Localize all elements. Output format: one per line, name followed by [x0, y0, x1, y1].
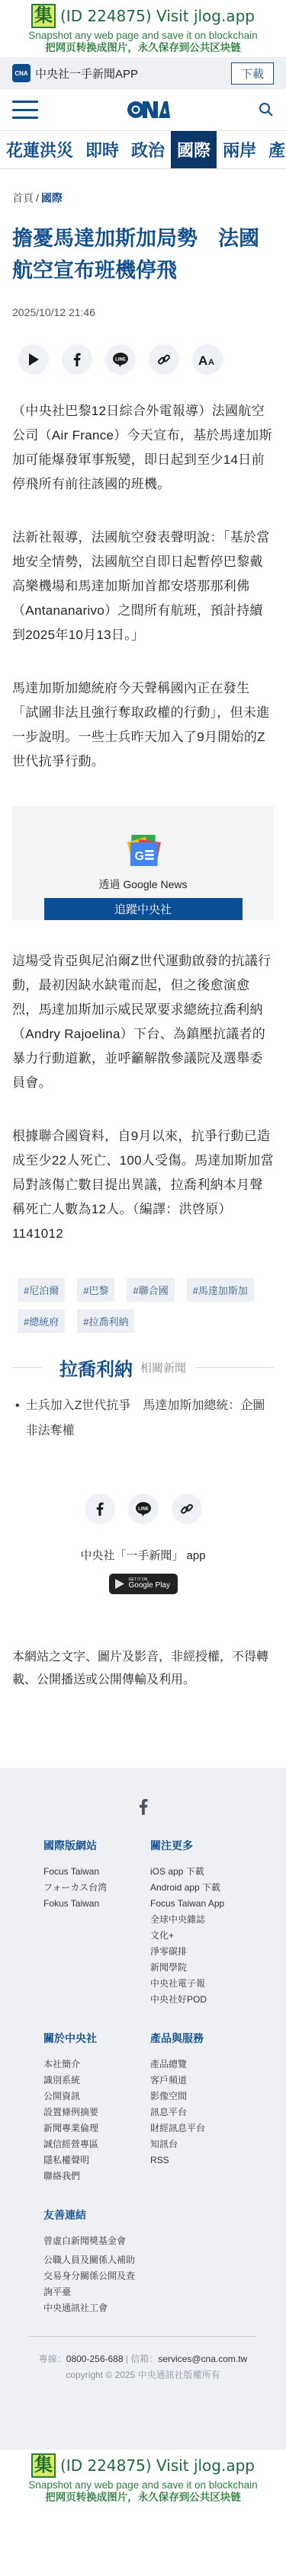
google-news-text: 透過 Google News	[99, 877, 188, 892]
play-audio-button[interactable]	[18, 344, 49, 375]
svg-text:A: A	[208, 358, 214, 366]
tag[interactable]: #馬達加斯加	[187, 1278, 254, 1302]
article-paragraph: 馬達加斯加總統府今天聲稱國內正在發生「試圖非法且強行奪取政權的行動」，但未進一步…	[12, 676, 274, 774]
google-play-icon	[115, 1579, 124, 1589]
link-icon	[157, 353, 171, 366]
footer-section-title: 關注更多	[150, 1838, 257, 1853]
footer-section-about: 關於中央社 本社簡介 識別系統 公開資訊 設置條例摘要 新聞專業倫理 誠信經營專…	[43, 2031, 150, 2184]
footer-link[interactable]: 識別系統	[43, 2073, 150, 2089]
copy-link-button[interactable]	[149, 344, 179, 375]
related-news-header: 拉喬利納 相關新聞	[12, 1354, 274, 1381]
footer-copyright: copyright © 2025 中央通訊社版權所有	[0, 2368, 286, 2381]
footer-section-title: 友善連結	[43, 2207, 286, 2223]
tag[interactable]: #巴黎	[77, 1278, 114, 1302]
tag[interactable]: #總統府	[18, 1309, 65, 1333]
jlog-watermark-bottom: 集 (ID 224875) Visit jlog.app Snapshot an…	[0, 2450, 286, 2507]
font-size-button[interactable]: AA	[192, 344, 223, 375]
footer-link[interactable]: Fokus Taiwan	[43, 1896, 150, 1912]
cna-app-logo: CNA	[12, 64, 31, 82]
footer-link[interactable]: 產品總覽	[150, 2057, 257, 2073]
bottom-share-toolbar: LINE	[12, 1494, 274, 1524]
footer-section-products: 產品與服務 產品總覽 客戶頻道 影像空間 訊息平台 財經訊息平台 知訊台 RSS	[150, 2031, 257, 2184]
footer-link[interactable]: 財經訊息平台	[150, 2121, 257, 2137]
jlog-line-en: Snapshot any web page and save it on blo…	[0, 30, 286, 42]
footer-link[interactable]: 中央通訊社工會	[43, 2300, 286, 2316]
link-icon	[180, 1502, 194, 1516]
font-size-icon: AA	[198, 353, 217, 366]
footer-link[interactable]: 中央社好POD	[150, 1992, 257, 2008]
tag-list: #尼泊爾 #巴黎 #聯合國 #馬達加斯加 #總統府 #拉喬利納	[12, 1278, 274, 1333]
related-label: 相關新聞	[140, 1360, 186, 1376]
related-news-list: •士兵加入Z世代抗爭 馬達加斯加總統：企圖非法奪權	[12, 1393, 274, 1443]
app-download-bar: CNA 中央社一手新聞APP 下載	[0, 57, 286, 89]
footer-link[interactable]: 本社簡介	[43, 2057, 150, 2073]
svg-text:G: G	[134, 850, 143, 863]
menu-icon[interactable]	[12, 101, 38, 119]
divider	[12, 1367, 43, 1368]
jlog-badge: 集	[31, 2453, 56, 2478]
cna-logo[interactable]	[127, 100, 170, 120]
footer-facebook-link[interactable]	[0, 1798, 286, 1815]
facebook-icon	[96, 1502, 104, 1516]
nav-item-cross-strait[interactable]: 兩岸	[217, 131, 262, 168]
footer-link[interactable]: 全球中央雜誌	[150, 1912, 257, 1928]
google-news-icon: G	[114, 835, 172, 866]
site-footer: 國際版網站 Focus Taiwan フォーカス台湾 Fokus Taiwan …	[0, 1768, 286, 2450]
footer-contact: 專線：0800-256-688 | 信箱：services@cna.com.tw	[0, 2352, 286, 2365]
jlog-line-en: Snapshot any web page and save it on blo…	[0, 2479, 286, 2491]
footer-link-grid: 國際版網站 Focus Taiwan フォーカス台湾 Fokus Taiwan …	[0, 1838, 286, 2207]
tag[interactable]: #尼泊爾	[18, 1278, 65, 1302]
article-paragraph: 法新社報導，法國航空發表聲明說：「基於當地安全情勢，法國航空自即日起暫停巴黎戴高…	[12, 526, 274, 647]
svg-text:LINE: LINE	[115, 357, 126, 362]
app-bar-text: 中央社一手新聞APP	[35, 66, 231, 81]
breadcrumb-home[interactable]: 首頁	[12, 192, 34, 204]
footer-link[interactable]: 淨零碳排	[150, 1944, 257, 1960]
jlog-line-cn: 把网页转换成图片，永久保存到公共区块链	[0, 2491, 286, 2504]
share-toolbar: LINE AA	[12, 344, 274, 375]
related-news-item[interactable]: •士兵加入Z世代抗爭 馬達加斯加總統：企圖非法奪權	[15, 1393, 274, 1443]
jlog-line-cn: 把网页转换成图片，永久保存到公共区块链	[0, 42, 286, 54]
facebook-icon	[73, 353, 81, 366]
footer-section-title: 關於中央社	[43, 2031, 150, 2046]
footer-link[interactable]: 隱私權聲明	[43, 2153, 150, 2169]
follow-cna-button[interactable]: 追蹤中央社	[44, 898, 243, 920]
breadcrumb-separator: /	[36, 192, 39, 204]
footer-link[interactable]: 新聞學院	[150, 1960, 257, 1976]
footer-link[interactable]: 訊息平台	[150, 2105, 257, 2121]
line-icon: LINE	[136, 1502, 151, 1517]
footer-link[interactable]: Android app 下載	[150, 1880, 257, 1896]
download-button[interactable]: 下載	[231, 62, 274, 85]
footer-section-title: 國際版網站	[43, 1838, 150, 1853]
article-datetime: 2025/10/12 21:46	[12, 306, 274, 318]
footer-link[interactable]: 客戶頻道	[150, 2073, 257, 2089]
play-icon	[28, 353, 39, 366]
gplay-big-text: Google Play	[129, 1582, 170, 1590]
google-news-follow-box: G 透過 Google News 追蹤中央社	[12, 806, 274, 920]
article-content: 首頁/國際 擔憂馬達加斯加局勢 法國航空宣布班機停飛 2025/10/12 21…	[0, 190, 286, 1692]
footer-divider	[29, 2336, 257, 2337]
nav-item-hualien-flood[interactable]: 花蓮洪災	[0, 131, 79, 168]
breadcrumb: 首頁/國際	[12, 190, 274, 206]
footer-link[interactable]: 文化+	[150, 1928, 257, 1944]
tag[interactable]: #聯合國	[127, 1278, 174, 1302]
google-play-button[interactable]: GET IT ON Google Play	[109, 1574, 178, 1594]
related-keyword: 拉喬利納	[59, 1354, 133, 1381]
main-header	[0, 89, 286, 131]
jlog-id-text: (ID 224875) Visit jlog.app	[60, 7, 255, 25]
facebook-share-button[interactable]	[62, 344, 92, 375]
footer-link[interactable]: Focus Taiwan	[43, 1864, 150, 1880]
line-share-button[interactable]: LINE	[128, 1494, 159, 1524]
footer-section-international: 國際版網站 Focus Taiwan フォーカス台湾 Fokus Taiwan	[43, 1838, 150, 2008]
footer-link[interactable]: RSS	[150, 2153, 257, 2169]
article-paragraph: 根據聯合國資料，自9月以來，抗爭行動已造成至少22人死亡、100人受傷。馬達加斯…	[12, 1124, 274, 1246]
breadcrumb-current[interactable]: 國際	[41, 192, 63, 204]
footer-link[interactable]: 影像空間	[150, 2089, 257, 2105]
divider	[195, 1367, 274, 1368]
article-title: 擔憂馬達加斯加局勢 法國航空宣布班機停飛	[12, 222, 274, 286]
nav-item-economy[interactable]: 產經	[262, 131, 286, 168]
footer-section-title: 產品與服務	[150, 2031, 257, 2046]
contact-separator: |	[124, 2354, 131, 2364]
copy-link-button[interactable]	[172, 1494, 202, 1524]
nav-item-realtime[interactable]: 即時	[79, 131, 125, 168]
svg-text:A: A	[198, 353, 207, 366]
footer-link[interactable]: Focus Taiwan App	[150, 1896, 257, 1912]
footer-link[interactable]: 新聞專業倫理	[43, 2121, 150, 2137]
footer-link[interactable]: 設置條例摘要	[43, 2105, 150, 2121]
svg-text:LINE: LINE	[138, 1507, 149, 1511]
footer-link[interactable]: 中央社電子報	[150, 1976, 257, 1992]
hotline-label: 專線：	[39, 2354, 66, 2364]
copyright-notice: 本網站之文字、圖片及影音，非經授權，不得轉載、公開播送或公開傳輸及利用。	[12, 1646, 274, 1692]
line-icon: LINE	[113, 353, 128, 367]
nav-item-politics[interactable]: 政治	[125, 131, 171, 168]
email-label: 信箱：	[130, 2354, 158, 2364]
line-share-button[interactable]: LINE	[105, 344, 136, 375]
jlog-watermark-top: 集 (ID 224875) Visit jlog.app Snapshot an…	[0, 0, 286, 57]
facebook-icon	[139, 1798, 148, 1815]
jlog-id-text: (ID 224875) Visit jlog.app	[60, 2456, 255, 2475]
footer-link[interactable]: フォーカス台湾	[43, 1880, 150, 1896]
jlog-badge: 集	[31, 4, 56, 28]
tag[interactable]: #拉喬利納	[77, 1309, 134, 1333]
article-paragraph: 這場受肯亞與尼泊爾Z世代運動啟發的抗議行動，最初因缺水缺電而起，但之後愈演愈烈，…	[12, 949, 274, 1095]
category-nav: 花蓮洪災 即時 政治 國際 兩岸 產經	[0, 131, 286, 169]
footer-link[interactable]: iOS app 下載	[150, 1864, 257, 1880]
footer-link[interactable]: 公開資訊	[43, 2089, 150, 2105]
app-promo-text: 中央社「一手新聞」 app	[12, 1547, 274, 1563]
footer-section-follow: 關注更多 iOS app 下載 Android app 下載 Focus Tai…	[150, 1838, 257, 2008]
email-link[interactable]: services@cna.com.tw	[158, 2354, 247, 2364]
hotline-number[interactable]: 0800-256-688	[66, 2354, 124, 2364]
footer-link[interactable]: 曾虛白新聞獎基金會	[43, 2233, 286, 2249]
related-news-title[interactable]: 士兵加入Z世代抗爭 馬達加斯加總統：企圖非法奪權	[26, 1393, 274, 1443]
facebook-share-button[interactable]	[85, 1494, 115, 1524]
footer-section-friendly-links: 友善連結 曾虛白新聞獎基金會 公職人員及關係人補助交易身分關係公開及查詢平臺 中…	[0, 2207, 286, 2316]
footer-link[interactable]: 聯絡我們	[43, 2169, 150, 2184]
article-paragraph: （中央社巴黎12日綜合外電報導）法國航空公司（Air France）今天宣布，基…	[12, 399, 274, 497]
footer-link[interactable]: 知訊台	[150, 2137, 257, 2153]
footer-link[interactable]: 公職人員及關係人補助交易身分關係公開及查詢平臺	[43, 2252, 135, 2300]
footer-link[interactable]: 誠信經營專區	[43, 2137, 150, 2153]
search-icon[interactable]	[259, 102, 274, 117]
nav-item-international[interactable]: 國際	[171, 131, 217, 168]
bullet-icon: •	[15, 1393, 20, 1443]
